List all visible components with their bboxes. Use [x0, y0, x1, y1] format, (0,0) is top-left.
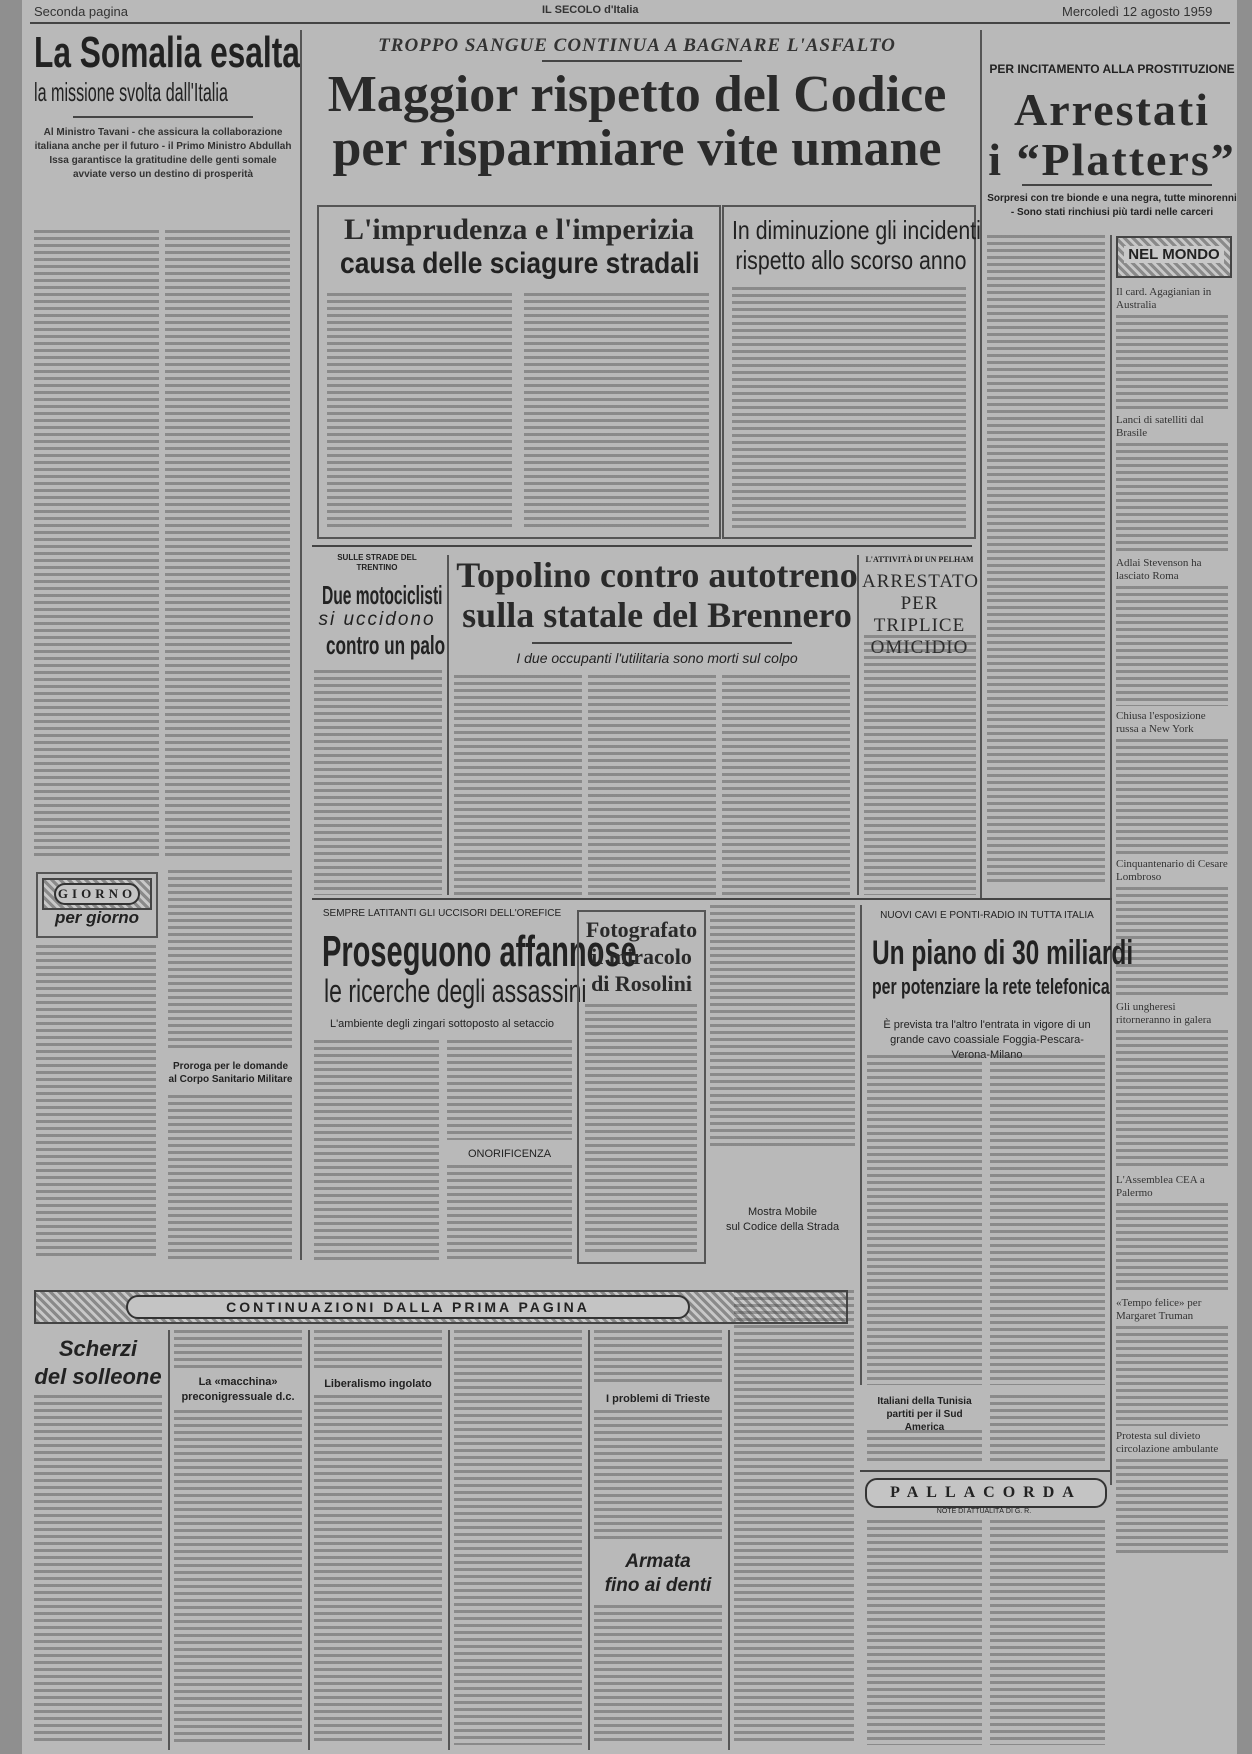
nel-mondo-item-title: Protesta sul divieto circolazione ambula… [1116, 1430, 1228, 1456]
headline: Due motociclisti [322, 581, 394, 609]
body-text [454, 1330, 582, 1745]
body-text [314, 1330, 442, 1370]
page-label: Seconda pagina [34, 4, 128, 19]
continuazioni-banner: CONTINUAZIONI DALLA PRIMA PAGINA [34, 1290, 848, 1324]
subheadline: sul Codice della Strada [710, 1220, 855, 1235]
headline-line2: fino ai denti [594, 1574, 722, 1598]
platters-kicker: PER INCITAMENTO ALLA PROSTITUZIONE [987, 62, 1237, 76]
article-scherzi: Scherzi del solleone [34, 1335, 162, 1391]
nel-mondo-item-title: Chiusa l'esposizione russa a New York [1116, 710, 1228, 736]
summary: Al Ministro Tavani - che assicura la col… [34, 126, 292, 182]
kicker: SULLE STRADE DEL TRENTINO [337, 553, 417, 573]
kicker: L'ATTIVITÀ DI UN PELHAM [862, 555, 977, 565]
body-text [594, 1330, 722, 1385]
body-text [734, 1290, 854, 1745]
body-text [34, 230, 159, 860]
body-text [588, 675, 716, 895]
body-text [990, 1395, 1105, 1465]
headline: Scherzi [34, 1335, 162, 1363]
body-text [174, 1410, 302, 1745]
headline: In diminuzione gli incidenti [732, 215, 970, 245]
nel-mondo-item-title: Gli ungheresi ritorneranno in galera [1116, 1001, 1228, 1027]
telefonica-kicker: NUOVI CAVI E PONTI-RADIO IN TUTTA ITALIA [867, 910, 1107, 921]
nel-mondo-item-title: Il card. Agagianian in Australia [1116, 286, 1228, 312]
orefice-kicker: SEMPRE LATITANTI GLI UCCISORI DELL'OREFI… [312, 908, 572, 919]
headline: Proroga per le domande [168, 1060, 293, 1073]
body-text [36, 945, 156, 1260]
body-text [990, 1520, 1105, 1745]
nel-mondo-item-body [1116, 1459, 1228, 1554]
giorno-box: GIORNO per giorno [36, 872, 158, 938]
article-mostra: Mostra Mobile sul Codice della Strada [710, 1205, 855, 1235]
masthead-rule [30, 22, 1230, 24]
headline: ARRESTATO [862, 571, 977, 593]
nel-mondo-item-title: L'Assemblea CEA a Palermo [1116, 1174, 1228, 1200]
newspaper-page: Seconda pagina IL SECOLO d'Italia Mercol… [22, 0, 1237, 1754]
body-text [165, 230, 290, 860]
article-liberalismo: Liberalismo ingolato [314, 1378, 442, 1390]
article-topolino-headline: Topolino contro autotreno sulla statale … [452, 555, 862, 635]
body-text [864, 635, 976, 895]
headline-line2: del solleone [34, 1363, 162, 1391]
article-imprudenza: L'imprudenza e l'imperizia causa delle s… [317, 205, 721, 539]
body-text [987, 235, 1105, 885]
orefice-summary: L'ambiente degli zingari sottoposto al s… [312, 1018, 572, 1030]
body-text [314, 670, 442, 895]
body-text [34, 1395, 162, 1745]
nel-mondo-item-title: «Tempo felice» per Margaret Truman [1116, 1297, 1228, 1323]
article-diminuzione: In diminuzione gli incidenti rispetto al… [722, 205, 976, 539]
newspaper-name: IL SECOLO d'Italia [542, 4, 639, 16]
giorno-subtitle: per giorno [38, 908, 156, 928]
body-text [594, 1605, 722, 1745]
headline: Armata [594, 1550, 722, 1574]
article-tunisia: Italiani della Tunisia partiti per il Su… [867, 1395, 982, 1434]
headline: La «macchina» [174, 1375, 302, 1390]
telefonica-subheadline: per potenziare la rete telefonica [872, 975, 1102, 999]
headline: Italiani della Tunisia [867, 1395, 982, 1408]
headline-line2: si uccidono [312, 609, 442, 631]
body-text [990, 1055, 1105, 1385]
nel-mondo-item-body [1116, 1326, 1228, 1426]
nel-mondo-item-body [1116, 586, 1228, 706]
nel-mondo-banner: NEL MONDO [1116, 236, 1232, 278]
onorificenza-heading: ONORIFICENZA [447, 1148, 572, 1160]
headline: La Somalia esalta [34, 30, 220, 76]
giorno-title: GIORNO [54, 883, 140, 905]
body-text [594, 1410, 722, 1540]
body-text [722, 675, 850, 895]
body-text [867, 1055, 982, 1385]
body-text [314, 1040, 439, 1260]
headline-line3: contro un palo [326, 631, 403, 659]
headline-line2: il miracolo [579, 943, 704, 970]
body-text [447, 1040, 572, 1140]
orefice-subheadline: le ricerche degli assassini [324, 974, 583, 1008]
issue-date: Mercoledì 12 agosto 1959 [1062, 4, 1212, 19]
body-text [710, 905, 855, 1150]
nel-mondo-item-title: Cinquantenario di Cesare Lombroso [1116, 858, 1228, 884]
nel-mondo-item-title: Adlai Stevenson ha lasciato Roma [1116, 557, 1228, 583]
headline-line3: di Rosolini [579, 970, 704, 997]
nel-mondo-item-body [1116, 315, 1228, 410]
article-proroga: Proroga per le domande al Corpo Sanitari… [168, 1060, 293, 1086]
body-text [867, 1520, 982, 1745]
body-text [454, 675, 582, 895]
nel-mondo-item-body [1116, 443, 1228, 553]
continuazioni-title: CONTINUAZIONI DALLA PRIMA PAGINA [126, 1295, 690, 1319]
telefonica-headline: Un piano di 30 miliardi [872, 935, 1102, 971]
body-text [314, 1395, 442, 1745]
headline: Mostra Mobile [710, 1205, 855, 1220]
subheadline: causa delle sciagure stradali [335, 247, 705, 281]
headline: L'imprudenza e l'imperizia [319, 213, 719, 247]
body-text [447, 1165, 572, 1260]
headline-line2: preconigressuale d.c. [174, 1390, 302, 1405]
article-somalia: La Somalia esalta la missione svolta dal… [34, 30, 292, 182]
subheadline: al Corpo Sanitario Militare [168, 1073, 293, 1086]
headline: Fotografato [579, 916, 704, 943]
nel-mondo-item-title: Lanci di satelliti dal Brasile [1116, 414, 1228, 440]
headline-line2: PER TRIPLICE [862, 593, 977, 637]
subheadline: la missione svolta dall'Italia [34, 78, 194, 106]
body-text [174, 1330, 302, 1370]
nel-mondo-title: NEL MONDO [1124, 246, 1224, 263]
article-armata: Armata fino ai denti [594, 1550, 722, 1598]
body-text [168, 1095, 292, 1260]
nel-mondo-list: Il card. Agagianian in AustraliaLanci di… [1116, 282, 1228, 1492]
article-trieste: I problemi di Trieste [594, 1393, 722, 1405]
platters-summary: Sorpresi con tre bionde e una negra, tut… [987, 192, 1237, 220]
article-macchina: La «macchina» preconigressuale d.c. [174, 1375, 302, 1405]
orefice-headline: Proseguono affannose [322, 930, 560, 974]
platters-headline: Arrestati i “Platters” [987, 85, 1237, 185]
body-text [867, 1430, 982, 1465]
nel-mondo-item-body [1116, 1203, 1228, 1293]
body-text [168, 870, 292, 1050]
nel-mondo-item-body [1116, 1030, 1228, 1170]
subheadline: rispetto allo scorso anno [732, 245, 970, 275]
pallacorda-subtitle: NOTE DI ATTUALITÀ DI G. R. [865, 1508, 1103, 1515]
pallacorda-title: PALLACORDA [865, 1478, 1107, 1508]
nel-mondo-item-body [1116, 739, 1228, 854]
main-kicker: TROPPO SANGUE CONTINUA A BAGNARE L'ASFAL… [312, 35, 962, 57]
article-motociclisti: SULLE STRADE DEL TRENTINO Due motociclis… [312, 553, 442, 659]
main-headline: Maggior rispetto del Codice per risparmi… [312, 68, 962, 176]
article-topolino-subtitle: I due occupanti l'utilitaria sono morti … [452, 650, 862, 666]
article-rosolini: Fotografato il miracolo di Rosolini [577, 910, 706, 1264]
